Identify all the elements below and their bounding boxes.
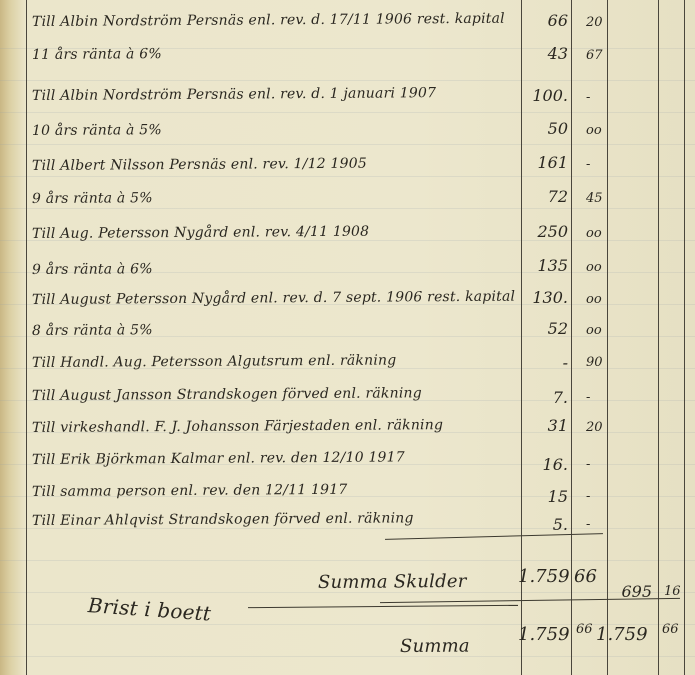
entry-ore: 20 xyxy=(586,15,616,30)
summa-skulder-kronor: 1.759 xyxy=(518,566,564,587)
entry-ore: - xyxy=(586,90,616,105)
summa-credit-ore: 66 xyxy=(662,622,692,637)
entry-ore: - xyxy=(586,457,616,472)
entry-ore: oo xyxy=(586,292,616,307)
entry-kronor: 52 xyxy=(522,319,568,338)
entry-text: Till Erik Björkman Kalmar enl. rev. den … xyxy=(32,449,405,468)
entry-ore: oo xyxy=(586,323,616,338)
entry-ore: - xyxy=(586,157,616,172)
entry-kronor: 72 xyxy=(522,187,568,206)
entry-text: 10 års ränta à 5% xyxy=(32,122,162,139)
entry-kronor: 31 xyxy=(522,416,568,435)
summa-label: Summa xyxy=(400,636,470,657)
entry-ore: - xyxy=(586,489,616,504)
entry-text: Till Einar Ahlqvist Strandskogen förved … xyxy=(32,510,414,529)
entry-kronor: 250 xyxy=(522,222,568,241)
entry-ore: 45 xyxy=(586,191,616,206)
entry-kronor: 7. xyxy=(522,388,568,407)
entry-kronor: 100. xyxy=(522,86,568,105)
summa-debit-kronor: 1.759 xyxy=(518,624,564,645)
margin-rule xyxy=(26,0,27,675)
entry-kronor: 161 xyxy=(522,153,568,172)
entry-kronor: 50 xyxy=(522,119,568,138)
entry-kronor: 16. xyxy=(522,455,568,474)
entry-ore: oo xyxy=(586,226,616,241)
entry-text: Till Handl. Aug. Petersson Algutsrum enl… xyxy=(32,352,396,371)
entry-kronor: 15 xyxy=(522,487,568,506)
ore-column-rule xyxy=(571,0,572,675)
entry-text: 8 års ränta à 5% xyxy=(32,322,153,339)
entry-ore: oo xyxy=(586,123,616,138)
entry-text: 9 års ränta à 5% xyxy=(32,190,153,207)
entry-text: 9 års ränta à 6% xyxy=(32,261,153,278)
brist-ore: 16 xyxy=(664,584,694,599)
entry-text: Till August Jansson Strandskogen förved … xyxy=(32,385,422,404)
entry-ore: oo xyxy=(586,260,616,275)
entry-ore: - xyxy=(586,390,616,405)
column-rule-4 xyxy=(658,0,659,675)
summa-skulder-ore: 66 xyxy=(574,566,604,587)
entry-text: 11 års ränta à 6% xyxy=(32,46,162,63)
ledger-page: Till Albin Nordström Persnäs enl. rev. d… xyxy=(0,0,695,675)
entry-kronor: - xyxy=(522,353,568,372)
column-rule-5 xyxy=(684,0,685,675)
entry-ore: - xyxy=(586,517,616,532)
entry-kronor: 66 xyxy=(522,11,568,30)
entry-text: Till Albin Nordström Persnäs enl. rev. d… xyxy=(32,85,436,104)
entry-kronor: 130. xyxy=(522,288,568,307)
entry-text: Till August Petersson Nygård enl. rev. d… xyxy=(32,289,515,308)
entry-text: Till Albin Nordström Persnäs enl. rev. d… xyxy=(32,11,505,30)
entry-ore: 90 xyxy=(586,355,616,370)
summa-skulder-label: Summa Skulder xyxy=(318,571,467,593)
entry-text: Till virkeshandl. F. J. Johansson Färjes… xyxy=(32,417,443,436)
entry-text: Till samma person enl. rev. den 12/11 19… xyxy=(32,482,348,500)
entry-kronor: 5. xyxy=(522,515,568,534)
entry-ore: 67 xyxy=(586,48,616,63)
entry-kronor: 135 xyxy=(522,256,568,275)
summa-credit-kronor: 1.759 xyxy=(596,624,642,645)
total-rule-left xyxy=(248,605,518,609)
entry-text: Till Albert Nilsson Persnäs enl. rev. 1/… xyxy=(32,156,367,174)
entry-ore: 20 xyxy=(586,420,616,435)
brist-label: Brist i boett xyxy=(87,593,212,626)
entry-text: Till Aug. Petersson Nygård enl. rev. 4/1… xyxy=(32,224,369,242)
entry-kronor: 43 xyxy=(522,44,568,63)
